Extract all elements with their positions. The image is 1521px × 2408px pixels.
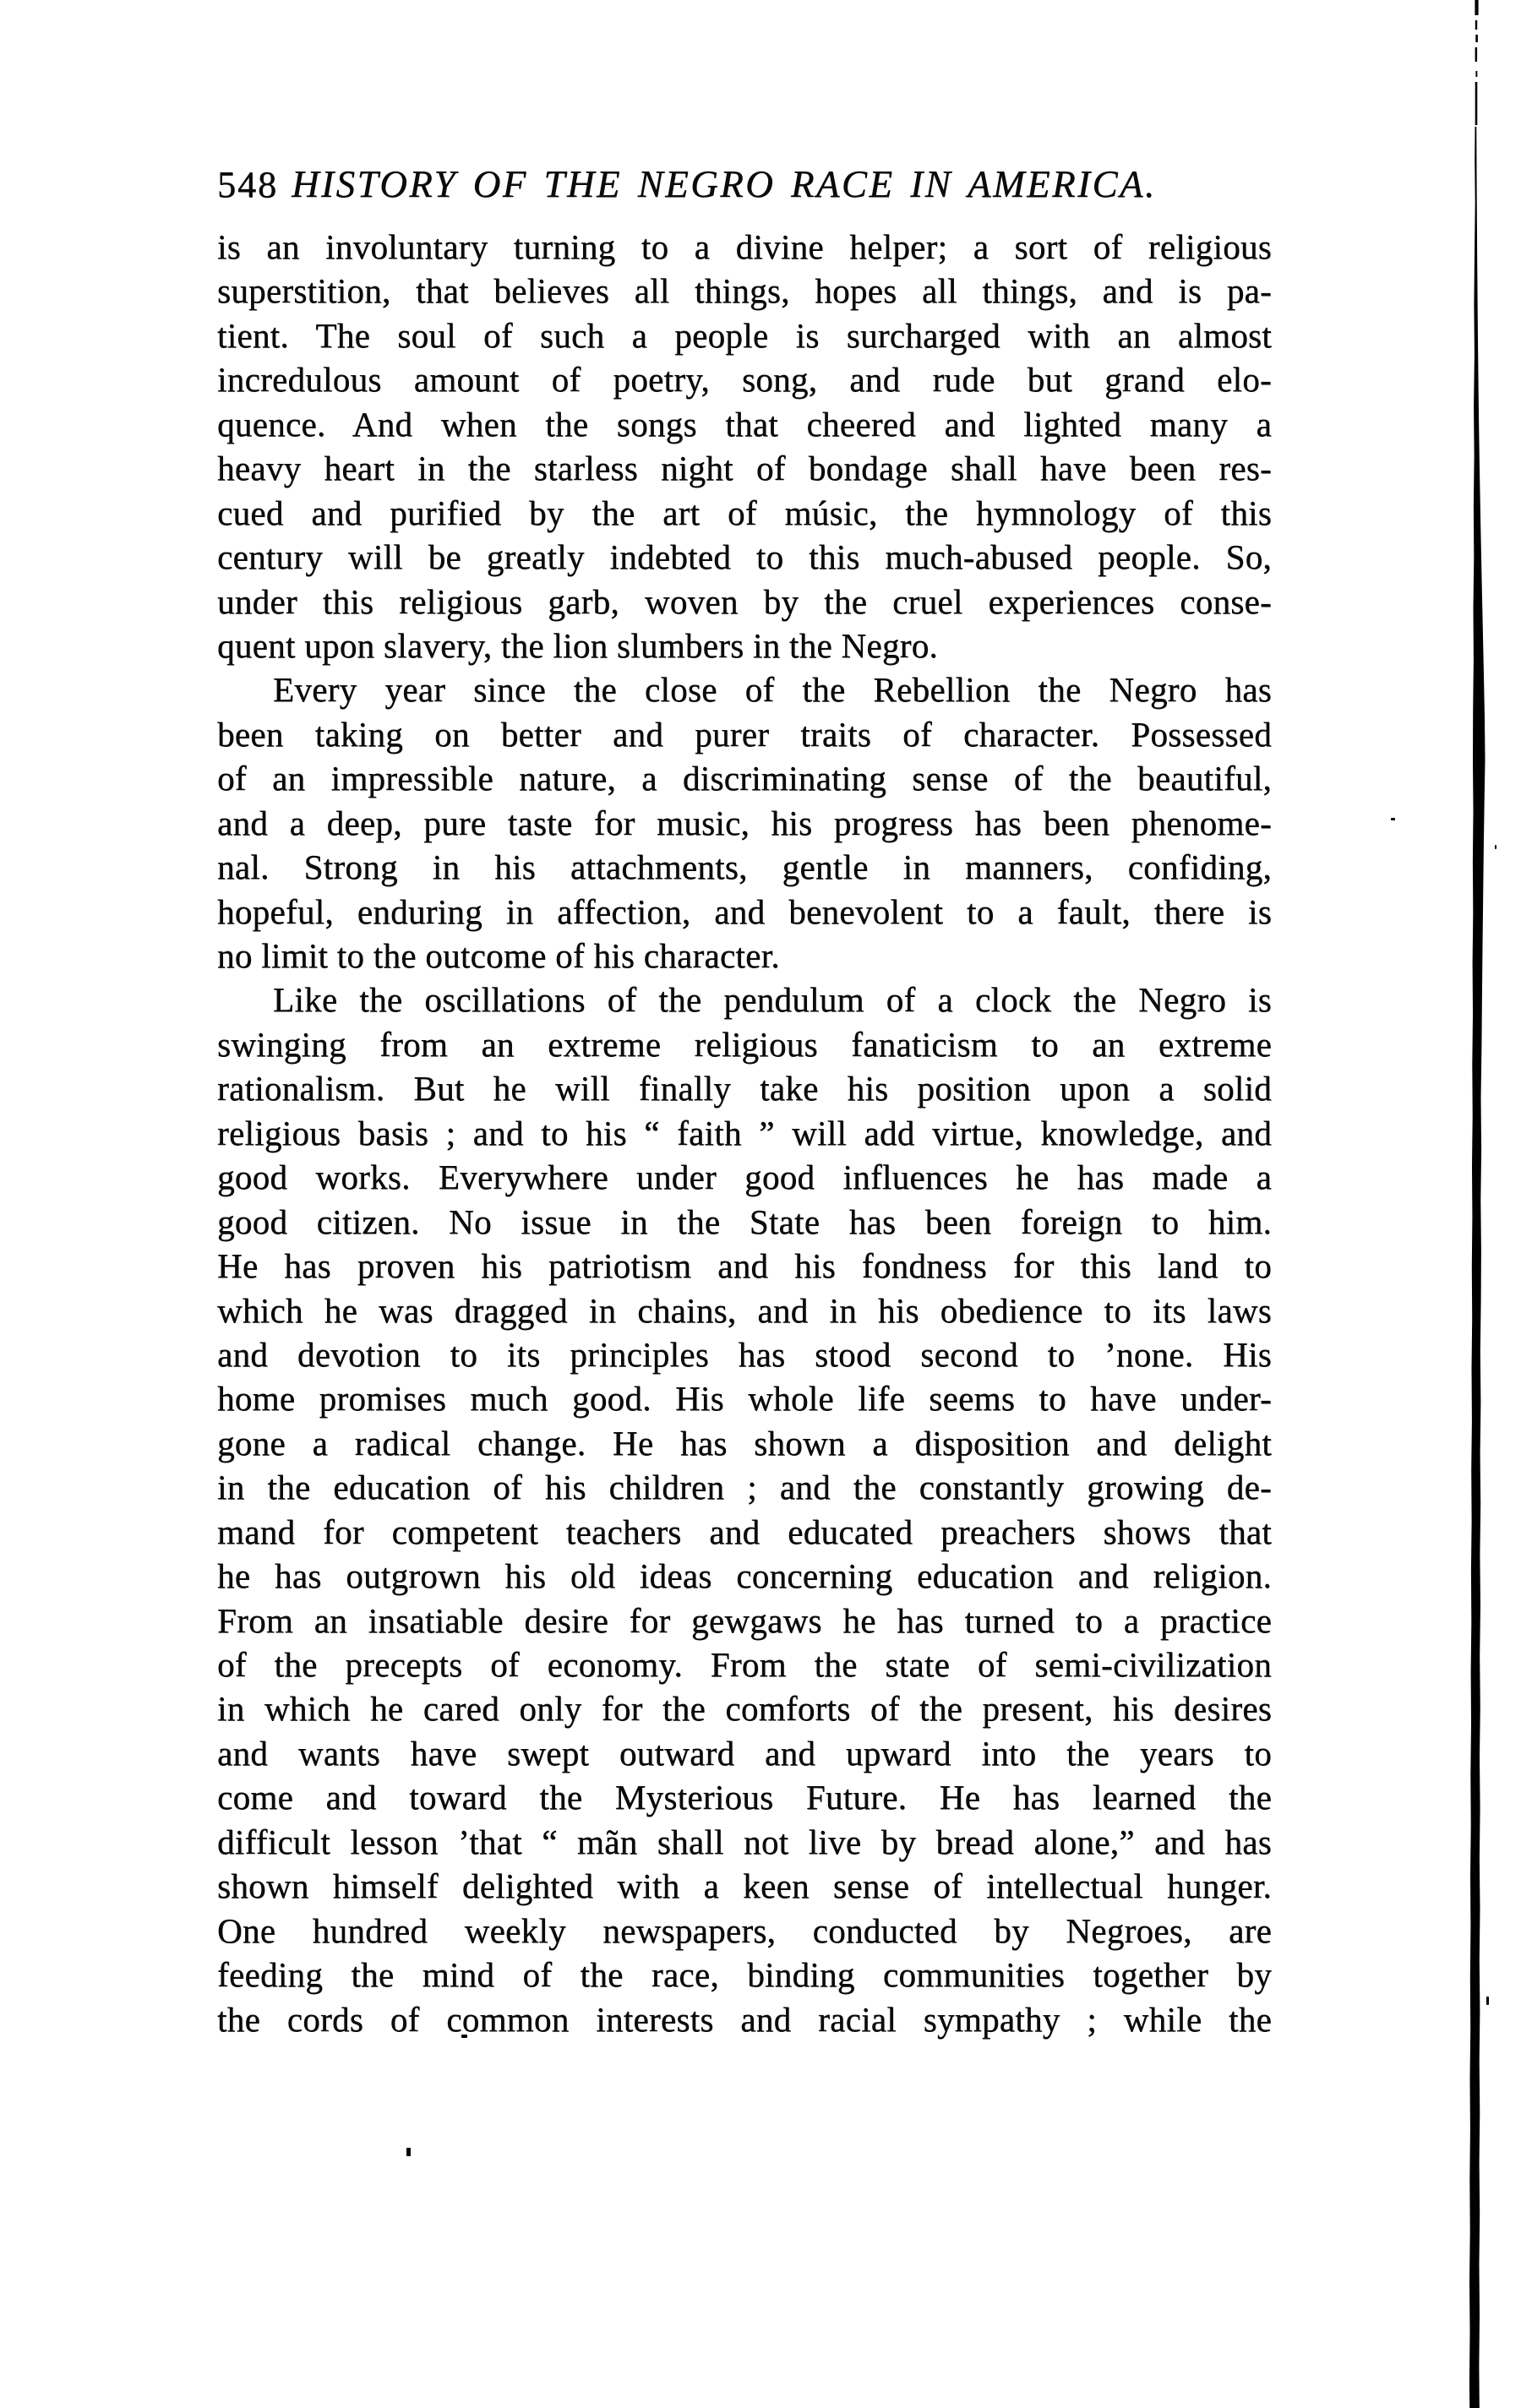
text-line: tient. The soul of such a people is surc… <box>217 313 1272 357</box>
text-line: been taking on better and purer traits o… <box>217 712 1272 756</box>
text-line: gone a radical change. He has shown a di… <box>217 1421 1272 1465</box>
text-line: and devotion to its principles has stood… <box>217 1332 1272 1376</box>
text-line: of an impressible nature, a discriminati… <box>217 756 1272 800</box>
page-number: 548 <box>217 164 278 205</box>
text-line: mand for competent teachers and educated… <box>217 1510 1272 1554</box>
text-line: is an involuntary turning to a divine he… <box>217 225 1272 269</box>
text-line: superstition, that believes all things, … <box>217 269 1272 313</box>
scan-binding-edge-artifact <box>1460 0 1494 2408</box>
text-line: home promises much good. His whole life … <box>217 1376 1272 1420</box>
text-line: century will be greatly indebted to this… <box>217 535 1272 579</box>
running-head: 548HISTORY OF THE NEGRO RACE IN AMERICA. <box>217 162 1316 206</box>
text-line: in the education of his children ; and t… <box>217 1465 1272 1509</box>
body-text: is an involuntary turning to a divine he… <box>217 225 1272 2041</box>
text-line: difficult lesson ’that “ mãn shall not l… <box>217 1820 1272 1864</box>
text-line: heavy heart in the starless night of bon… <box>217 446 1272 490</box>
text-line: hopeful, enduring in affection, and bene… <box>217 890 1272 934</box>
scan-speck <box>1391 818 1395 820</box>
text-line: he has outgrown his old ideas concerning… <box>217 1554 1272 1598</box>
text-line: Like the oscillations of the pendulum of… <box>217 978 1272 1021</box>
text-line: the cords of common interests and racial… <box>217 1997 1272 2041</box>
text-line: incredulous amount of poetry, song, and … <box>217 357 1272 401</box>
text-line: quence. And when the songs that cheered … <box>217 402 1272 446</box>
scan-speck <box>1486 1997 1489 2005</box>
text-line: cued and purified by the art of músic, t… <box>217 491 1272 535</box>
text-line: under this religious garb, woven by the … <box>217 580 1272 624</box>
text-line: which he was dragged in chains, and in h… <box>217 1288 1272 1332</box>
text-line: good citizen. No issue in the State has … <box>217 1200 1272 1244</box>
text-line: feeding the mind of the race, binding co… <box>217 1953 1272 1997</box>
text-line: He has proven his patriotism and his fon… <box>217 1244 1272 1288</box>
scan-speck <box>1495 845 1496 849</box>
text-line: swinging from an extreme religious fanat… <box>217 1022 1272 1066</box>
text-line: good works. Everywhere under good influe… <box>217 1155 1272 1199</box>
text-line: Every year since the close of the Rebell… <box>217 667 1272 711</box>
text-line: One hundred weekly newspapers, conducted… <box>217 1909 1272 1953</box>
scan-speck <box>461 2035 467 2038</box>
text-line: religious basis ; and to his “ faith ” w… <box>217 1111 1272 1155</box>
text-line: and wants have swept outward and upward … <box>217 1731 1272 1775</box>
text-line: quent upon slavery, the lion slumbers in… <box>217 624 1272 667</box>
scan-speck <box>406 2148 411 2156</box>
text-line: of the precepts of economy. From the sta… <box>217 1643 1272 1686</box>
text-line: come and toward the Mysterious Future. H… <box>217 1775 1272 1819</box>
text-line: and a deep, pure taste for music, his pr… <box>217 801 1272 845</box>
text-line: nal. Strong in his attachments, gentle i… <box>217 845 1272 889</box>
book-page: 548HISTORY OF THE NEGRO RACE IN AMERICA.… <box>0 0 1521 2408</box>
text-line: shown himself delighted with a keen sens… <box>217 1864 1272 1908</box>
running-head-title: HISTORY OF THE NEGRO RACE IN AMERICA. <box>292 163 1157 205</box>
text-line: rationalism. But he will finally take hi… <box>217 1066 1272 1110</box>
text-line: no limit to the outcome of his character… <box>217 934 1272 978</box>
text-line: in which he cared only for the comforts … <box>217 1686 1272 1730</box>
text-line: From an insatiable desire for gewgaws he… <box>217 1599 1272 1643</box>
